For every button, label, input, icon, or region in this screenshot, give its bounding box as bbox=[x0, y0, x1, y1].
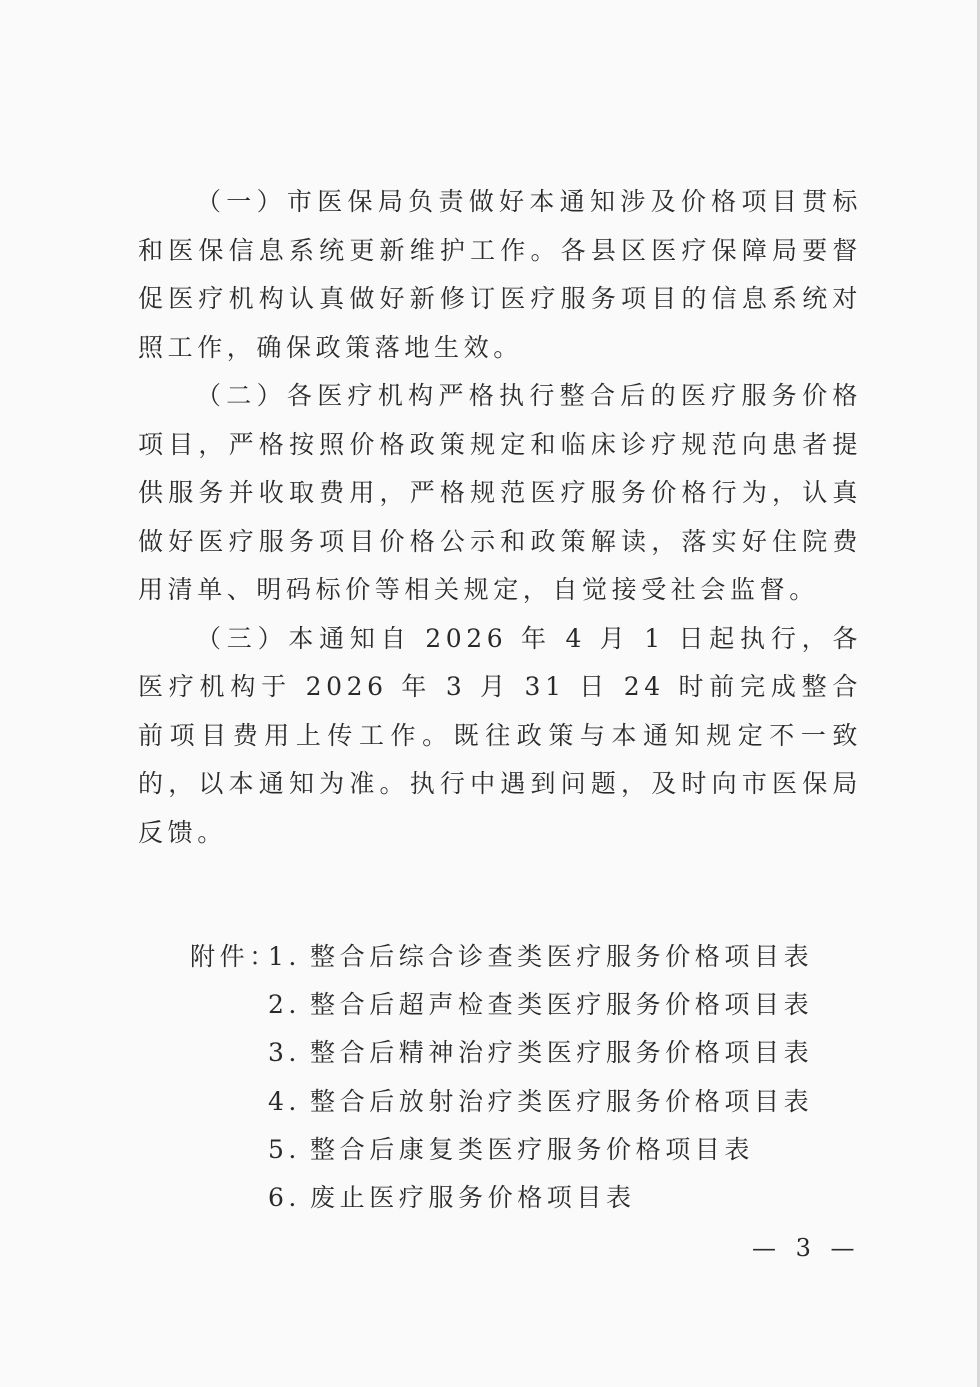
attachment-number: 3． bbox=[268, 1029, 310, 1077]
page-number: — 3 — bbox=[752, 1234, 861, 1262]
attachment-title: 废止医疗服务价格项目表 bbox=[310, 1183, 636, 1212]
attachment-title: 整合后综合诊查类医疗服务价格项目表 bbox=[310, 942, 813, 971]
attachment-title: 整合后精神治疗类医疗服务价格项目表 bbox=[310, 1038, 813, 1067]
attachment-item: 附件：1．整合后综合诊查类医疗服务价格项目表 bbox=[190, 933, 813, 981]
attachment-item: 2．整合后超声检查类医疗服务价格项目表 bbox=[190, 981, 813, 1029]
attachment-title: 整合后康复类医疗服务价格项目表 bbox=[310, 1135, 754, 1164]
attachment-item: 3．整合后精神治疗类医疗服务价格项目表 bbox=[190, 1029, 813, 1077]
paragraph-1: （一）市医保局负责做好本通知涉及价格项目贯标和医保信息系统更新维护工作。各县区医… bbox=[138, 178, 862, 372]
attachment-item: 6．废止医疗服务价格项目表 bbox=[190, 1174, 813, 1222]
attachment-title: 整合后超声检查类医疗服务价格项目表 bbox=[310, 990, 813, 1019]
attachment-number: 2． bbox=[268, 981, 310, 1029]
attachment-item: 5．整合后康复类医疗服务价格项目表 bbox=[190, 1126, 813, 1174]
attachment-number: 6． bbox=[268, 1174, 310, 1222]
paragraph-2: （二）各医疗机构严格执行整合后的医疗服务价格项目，严格按照价格政策规定和临床诊疗… bbox=[138, 372, 862, 615]
attachments-label: 附件： bbox=[190, 933, 268, 981]
attachments-list: 附件：1．整合后综合诊查类医疗服务价格项目表 2．整合后超声检查类医疗服务价格项… bbox=[190, 933, 813, 1222]
paragraph-3: （三）本通知自 2026 年 4 月 1 日起执行，各医疗机构于 2026 年 … bbox=[138, 615, 862, 858]
attachment-number: 4． bbox=[268, 1078, 310, 1126]
attachment-item: 4．整合后放射治疗类医疗服务价格项目表 bbox=[190, 1078, 813, 1126]
attachment-number: 1． bbox=[268, 933, 310, 981]
attachment-number: 5． bbox=[268, 1126, 310, 1174]
document-body: （一）市医保局负责做好本通知涉及价格项目贯标和医保信息系统更新维护工作。各县区医… bbox=[138, 178, 862, 857]
attachment-title: 整合后放射治疗类医疗服务价格项目表 bbox=[310, 1087, 813, 1116]
